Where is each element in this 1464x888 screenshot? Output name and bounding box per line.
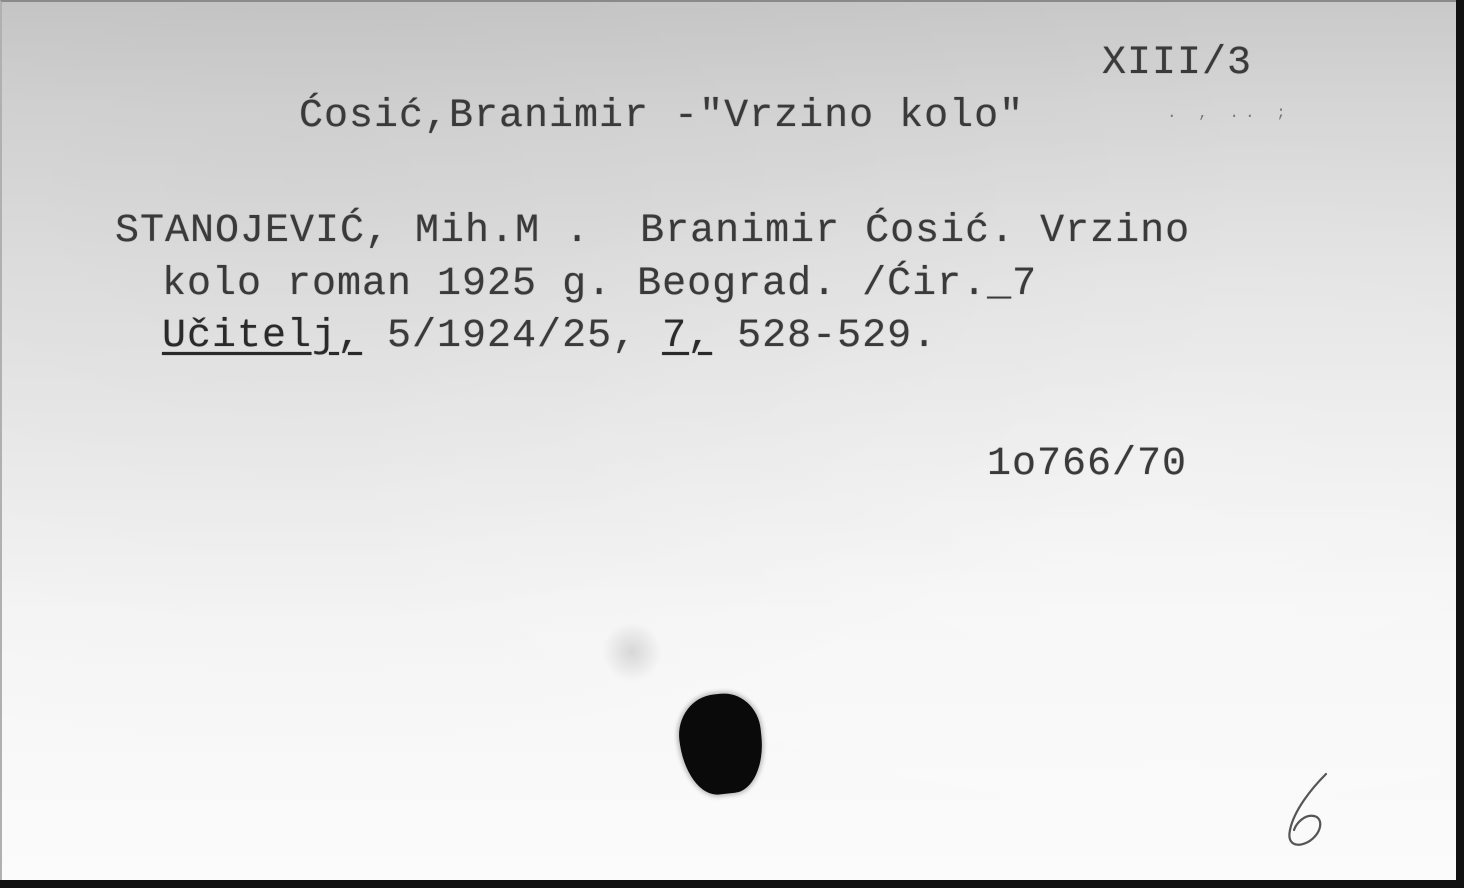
- journal-volume: 7,: [662, 314, 712, 359]
- stray-marks: . , .. ;: [1167, 104, 1292, 122]
- entry-line-publication: kolo roman 1925 g. Beograd. /Ćir._7: [162, 265, 1037, 305]
- scan-border-right: [1456, 0, 1464, 888]
- scan-border-bottom: [0, 880, 1464, 888]
- journal-title: Učitelj,: [162, 314, 362, 359]
- entry-line-citation: Učitelj, 5/1924/25, 7, 528-529.: [162, 317, 937, 357]
- call-number: XIII/3: [1102, 44, 1252, 84]
- handwritten-six-icon: [1282, 770, 1332, 850]
- smudge: [602, 622, 662, 682]
- entry-line-author-title: STANOJEVIĆ, Mih.M . Branimir Ćosić. Vrzi…: [115, 212, 1190, 252]
- catalog-card: XIII/3 Ćosić,Branimir -"Vrzino kolo" . ,…: [0, 0, 1458, 882]
- journal-pages: 528-529.: [712, 314, 937, 359]
- punch-hole: [675, 690, 767, 798]
- card-heading: Ćosić,Branimir -"Vrzino kolo": [299, 97, 1024, 137]
- accession-number: 1o766/70: [987, 445, 1187, 485]
- handwritten-number-6: [1282, 770, 1332, 850]
- journal-issue: 5/1924/25,: [362, 314, 662, 359]
